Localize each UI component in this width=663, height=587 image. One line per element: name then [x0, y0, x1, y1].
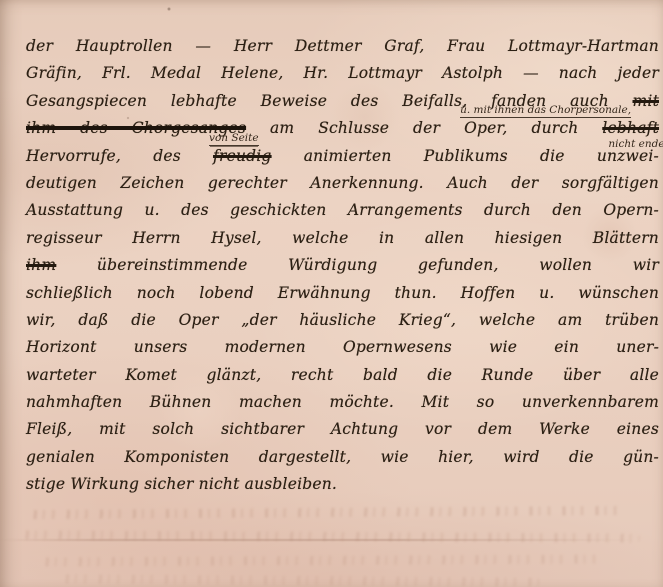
manuscript-page: der Hauptrollen — Herr Dettmer Graf, Fra…	[0, 0, 663, 587]
interline-insertion-above: von Seite	[209, 133, 259, 146]
text-segment: regisseur Herrn Hysel, welche in allen h…	[26, 229, 659, 247]
manuscript-line: Horizont unsers modernen Opernwesens wie…	[26, 334, 659, 361]
ink-bleedthrough-area	[0, 500, 663, 587]
bleedthrough-line	[60, 574, 540, 586]
text-segment: animierten Publikums die unzwei-	[272, 147, 659, 165]
text-segment: deutigen Zeichen gerechter Anerkennung. …	[26, 174, 659, 192]
struck-text-segment: freudigvon Seite	[213, 147, 272, 165]
paper-crease	[0, 539, 663, 541]
manuscript-line: Fleiß, mit solch sichtbarer Achtung vor …	[26, 416, 659, 443]
manuscript-line: schließlich noch lobend Erwähnung thun. …	[26, 280, 659, 307]
manuscript-line: genialen Komponisten dargestellt, wie hi…	[26, 444, 659, 471]
manuscript-line: Ausstattung u. des geschickten Arrangeme…	[26, 197, 659, 224]
text-segment: am Schlusse der	[246, 119, 464, 137]
manuscript-text-block: der Hauptrollen — Herr Dettmer Graf, Fra…	[26, 33, 659, 499]
text-segment: Oper, durch ü. mit ihnen das Chorpersona…	[464, 119, 602, 137]
text-segment: wir, daß die Oper „der häusliche Krieg“,…	[26, 311, 659, 329]
manuscript-line: deutigen Zeichen gerechter Anerkennung. …	[26, 170, 659, 197]
struck-text-segment: ihm	[26, 256, 56, 274]
text-segment: warteter Komet glänzt, recht bald die Ru…	[26, 366, 659, 384]
text-segment: Horizont unsers modernen Opernwesens wie…	[26, 338, 659, 356]
struck-text-segment: lebhaftnicht endenwollende	[602, 119, 659, 137]
text-segment: genialen Komponisten dargestellt, wie hi…	[26, 448, 659, 466]
struck-text-segment: mit	[633, 92, 659, 110]
manuscript-line: warteter Komet glänzt, recht bald die Ru…	[26, 362, 659, 389]
text-segment: stige Wirkung sicher nicht ausbleiben.	[26, 475, 337, 493]
manuscript-line: wir, daß die Oper „der häusliche Krieg“,…	[26, 307, 659, 334]
manuscript-line: nahmhaften Bühnen machen möchte. Mit so …	[26, 389, 659, 416]
manuscript-line: Gräfin, Frl. Medal Helene, Hr. Lottmayr …	[26, 60, 659, 87]
text-segment: schließlich noch lobend Erwähnung thun. …	[26, 284, 659, 302]
manuscript-line: ihm des Chorgesanges am Schlusse der Ope…	[26, 115, 659, 142]
interline-insertion-above: ü. mit ihnen das Chorpersonale,	[460, 105, 631, 118]
manuscript-line: ihm übereinstimmende Würdigung gefunden,…	[26, 252, 659, 279]
text-segment: Fleiß, mit solch sichtbarer Achtung vor …	[26, 420, 659, 438]
text-segment: der Hauptrollen — Herr Dettmer Graf, Fra…	[26, 37, 659, 55]
manuscript-line: regisseur Herrn Hysel, welche in allen h…	[26, 225, 659, 252]
manuscript-line: der Hauptrollen — Herr Dettmer Graf, Fra…	[26, 33, 659, 60]
manuscript-line: Hervorrufe, des freudigvon Seite animier…	[26, 143, 659, 170]
text-segment: Ausstattung u. des geschickten Arrangeme…	[26, 201, 659, 219]
text-segment: nahmhaften Bühnen machen möchte. Mit so …	[26, 393, 659, 411]
bleedthrough-line	[28, 506, 628, 519]
text-segment: übereinstimmende Würdigung gefunden, wol…	[56, 256, 659, 274]
bleedthrough-line	[40, 555, 600, 567]
text-segment: Gräfin, Frl. Medal Helene, Hr. Lottmayr …	[26, 64, 659, 82]
manuscript-line: stige Wirkung sicher nicht ausbleiben.	[26, 471, 659, 498]
text-segment: Hervorrufe, des	[26, 147, 213, 165]
